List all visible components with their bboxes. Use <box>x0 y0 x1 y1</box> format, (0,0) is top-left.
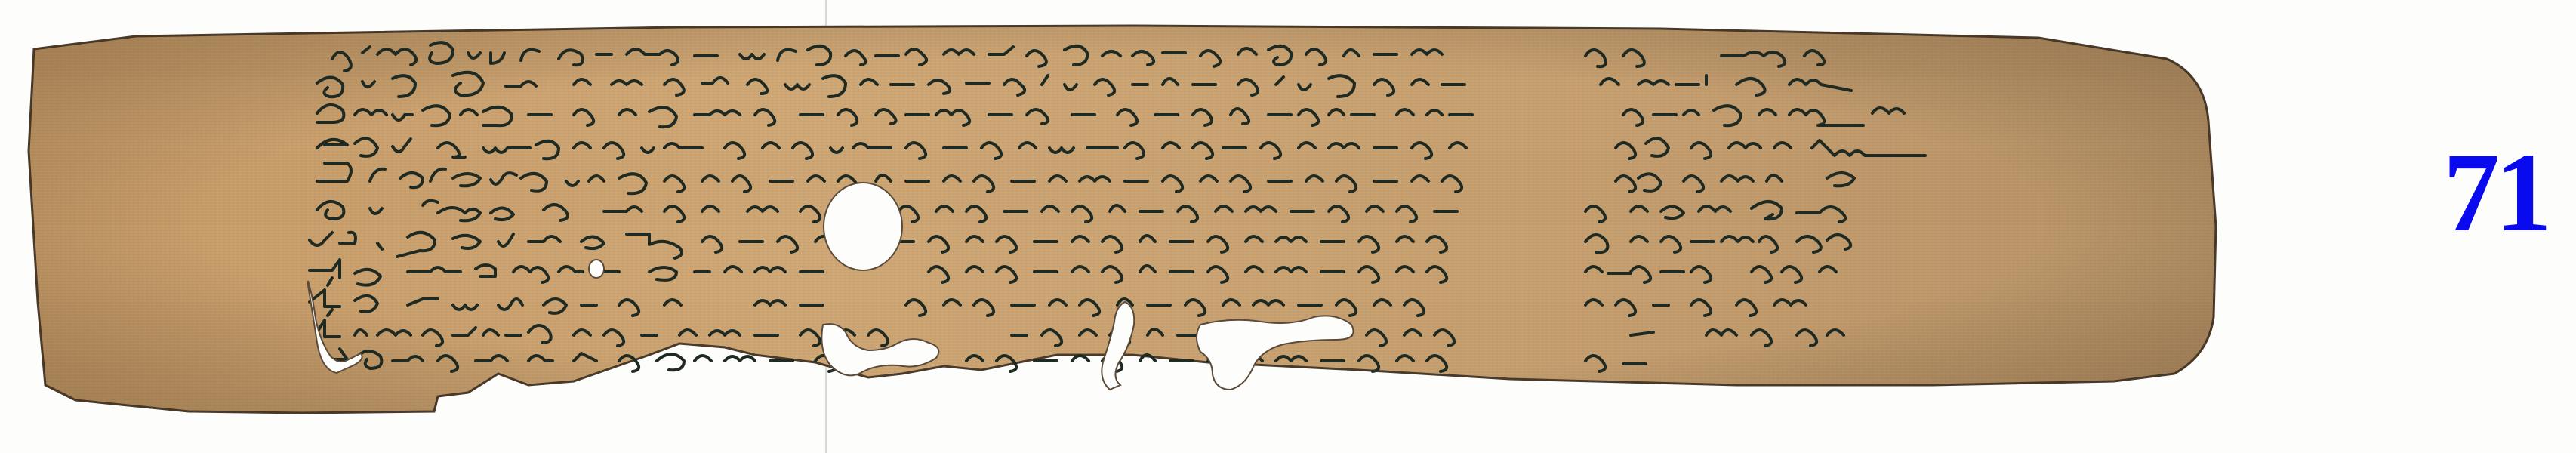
palm-leaf-manuscript <box>0 0 2576 453</box>
page-number: 71 <box>2443 136 2547 249</box>
round-hole <box>824 183 902 270</box>
small-hole <box>589 260 604 278</box>
